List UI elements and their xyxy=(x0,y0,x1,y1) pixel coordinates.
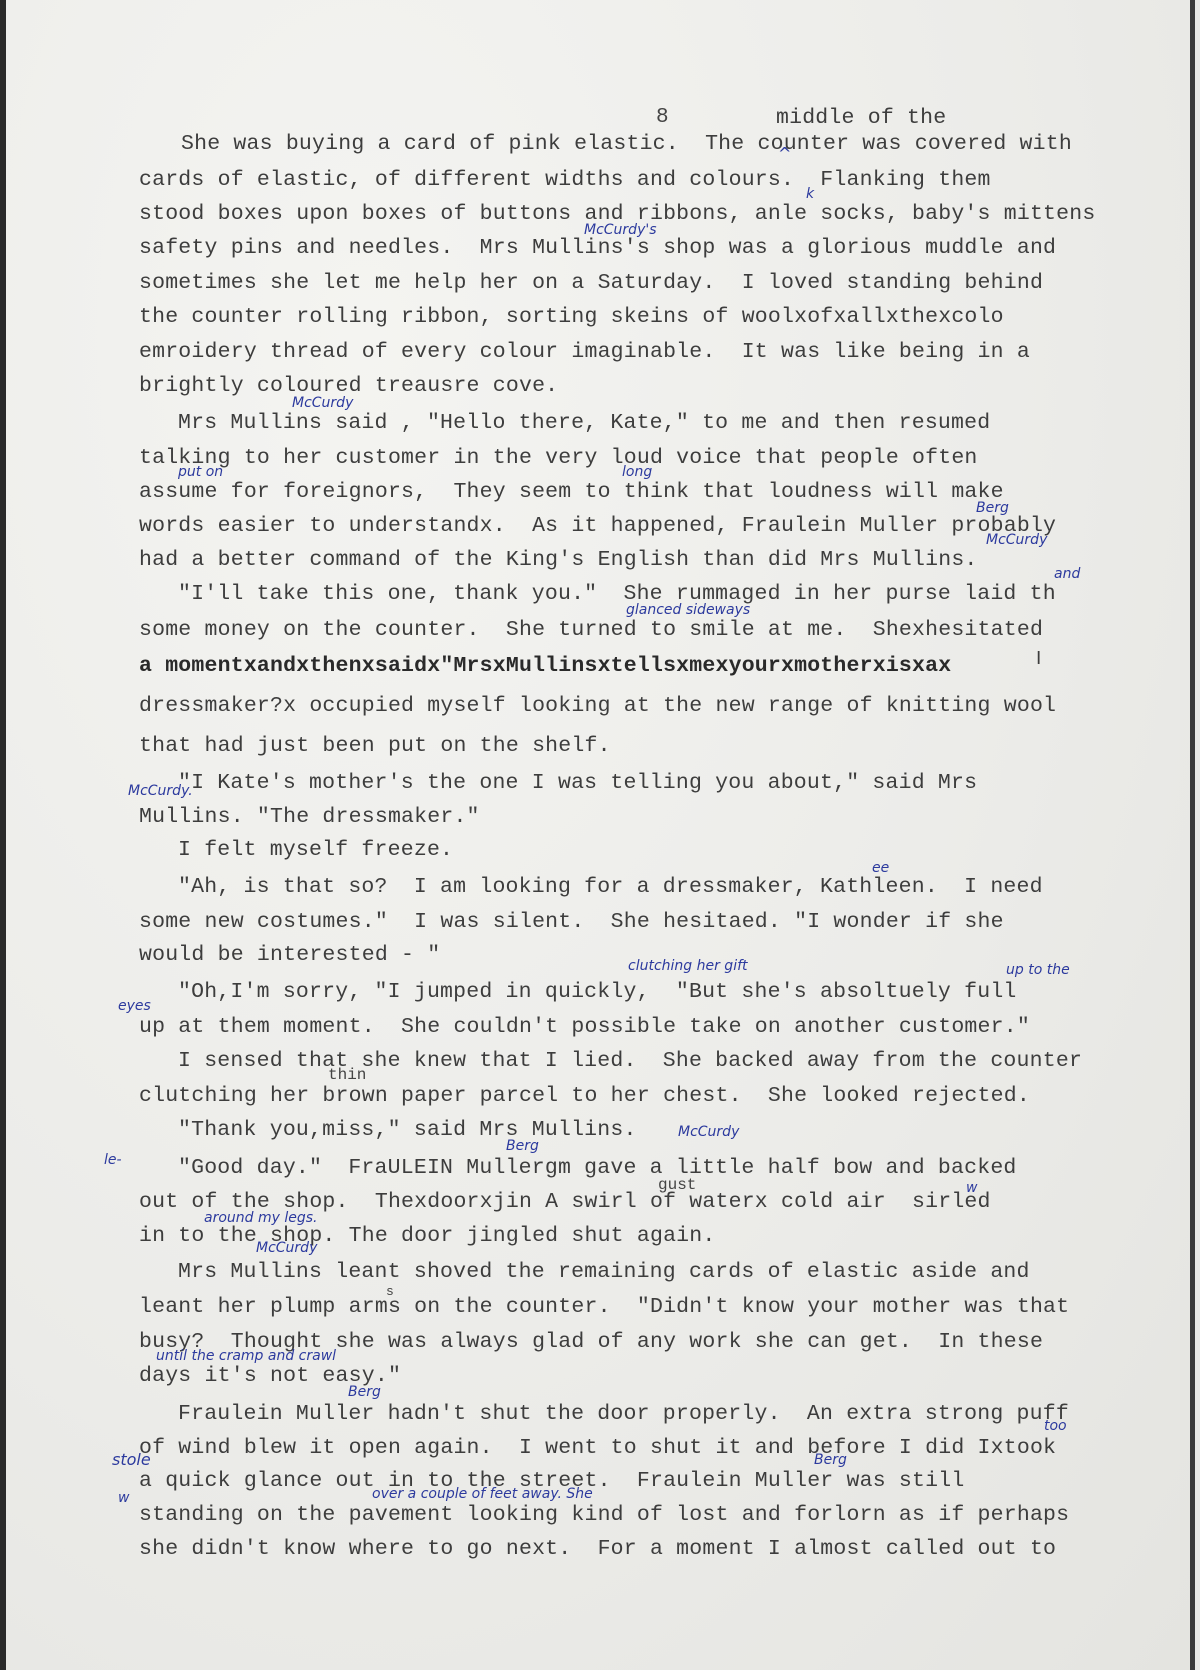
handwritten-insert: Berg xyxy=(976,500,1009,516)
handwritten-insert: glanced sideways xyxy=(626,602,750,618)
typed-line: in to the shop. The door jingled shut ag… xyxy=(139,1224,716,1248)
handwritten-insert: w xyxy=(966,1180,977,1196)
typed-line-xed-out: a momentxandxthenxsaidx"MrsxMullinsxtell… xyxy=(139,654,951,678)
handwritten-insert: McCurdy. xyxy=(128,783,193,799)
typed-line: She was buying a card of pink elastic. T… xyxy=(181,132,1072,156)
typed-line: leant her plump arms on the counter. "Di… xyxy=(139,1295,1069,1319)
manuscript-page: 8 middle of the She was buying a card of… xyxy=(0,0,1195,1670)
typed-insertion: middle of the xyxy=(776,106,946,130)
typed-line: up at them moment. She couldn't possible… xyxy=(139,1015,1030,1039)
typed-insert: s xyxy=(386,1284,394,1299)
typed-line: I felt myself freeze. xyxy=(178,838,453,862)
typed-line: "Ah, is that so? I am looking for a dres… xyxy=(178,875,1043,899)
typed-line: safety pins and needles. Mrs Mullins's s… xyxy=(139,236,1056,260)
insertion-caret: ^ xyxy=(778,144,791,163)
handwritten-insert: McCurdy xyxy=(292,395,353,411)
typed-line: standing on the pavement looking kind of… xyxy=(139,1503,1069,1527)
typed-line: she didn't know where to go next. For a … xyxy=(139,1537,1056,1561)
handwritten-insert: Berg xyxy=(348,1384,381,1400)
typed-line: talking to her customer in the very loud… xyxy=(139,446,978,470)
handwritten-margin: stole xyxy=(112,1450,151,1469)
handwritten-insert: McCurdy xyxy=(986,532,1047,548)
handwritten-insert: clutching her gift xyxy=(628,958,748,974)
typed-line: "Thank you,miss," said Mrs Mullins. xyxy=(178,1118,637,1142)
typed-line: "Oh,I'm sorry, "I jumped in quickly, "Bu… xyxy=(178,980,1017,1004)
handwritten-insert: around my legs. xyxy=(204,1210,318,1226)
handwritten-insert: McCurdy xyxy=(256,1240,317,1256)
typed-line: Mrs Mullins said , "Hello there, Kate," … xyxy=(178,411,990,435)
typed-insert: gust xyxy=(658,1176,696,1194)
handwritten-insert: McCurdy xyxy=(678,1124,739,1140)
typed-line: clutching her brown paper parcel to her … xyxy=(139,1084,1030,1108)
handwritten-insert: eyes xyxy=(118,998,151,1014)
typed-line: assume for foreignors, They seem to thin… xyxy=(139,480,1004,504)
typed-line: "I Kate's mother's the one I was telling… xyxy=(178,771,977,795)
typed-line: some new costumes." I was silent. She he… xyxy=(139,910,1004,934)
handwritten-margin: w xyxy=(118,1490,129,1506)
handwritten-insert: and xyxy=(1054,566,1080,582)
handwritten-insert: too xyxy=(1044,1418,1067,1434)
handwritten-insert: until the cramp and crawl xyxy=(156,1348,336,1364)
handwritten-margin: le- xyxy=(104,1152,122,1168)
typed-line: emroidery thread of every colour imagina… xyxy=(139,340,1030,364)
typed-line: Mrs Mullins leant shoved the remaining c… xyxy=(178,1260,1030,1284)
typed-line: would be interested - " xyxy=(139,943,440,967)
typed-line: "Good day." FraULEIN Mullergm gave a lit… xyxy=(178,1156,1017,1180)
handwritten-insert: long xyxy=(622,464,652,480)
typed-line: cards of elastic, of different widths an… xyxy=(139,168,991,192)
typed-line: Mullins. "The dressmaker." xyxy=(139,805,480,829)
page-number: 8 xyxy=(656,106,669,129)
handwritten-insert: k xyxy=(806,186,814,202)
typed-line: sometimes she let me help her on a Satur… xyxy=(139,271,1043,295)
typed-line: words easier to understandx. As it happe… xyxy=(139,514,1056,538)
typed-insert: thin xyxy=(328,1066,366,1084)
typed-insert: I xyxy=(1036,648,1041,669)
handwritten-insert: Berg xyxy=(506,1138,539,1154)
typed-line: of wind blew it open again. I went to sh… xyxy=(139,1436,1056,1460)
scan-edge xyxy=(1190,0,1195,1670)
handwritten-insert: put on xyxy=(178,464,223,480)
handwritten-insert: up to the xyxy=(1006,962,1070,978)
typed-line: the counter rolling ribbon, sorting skei… xyxy=(139,305,1004,329)
handwritten-insert: ee xyxy=(872,860,889,876)
handwritten-insert: McCurdy's xyxy=(584,222,657,238)
handwritten-insert: Berg xyxy=(814,1452,847,1468)
typed-line: Fraulein Muller hadn't shut the door pro… xyxy=(178,1402,1069,1426)
typed-line: I sensed that she knew that I lied. She … xyxy=(178,1049,1082,1073)
handwritten-insert: over a couple of feet away. She xyxy=(372,1486,593,1502)
typed-line: had a better command of the King's Engli… xyxy=(139,548,978,572)
typed-line: that had just been put on the shelf. xyxy=(139,734,611,758)
typed-line: dressmaker?x occupied myself looking at … xyxy=(139,694,1056,718)
typed-line: some money on the counter. She turned to… xyxy=(139,618,1043,642)
typed-line: "I'll take this one, thank you." She rum… xyxy=(178,582,1056,606)
